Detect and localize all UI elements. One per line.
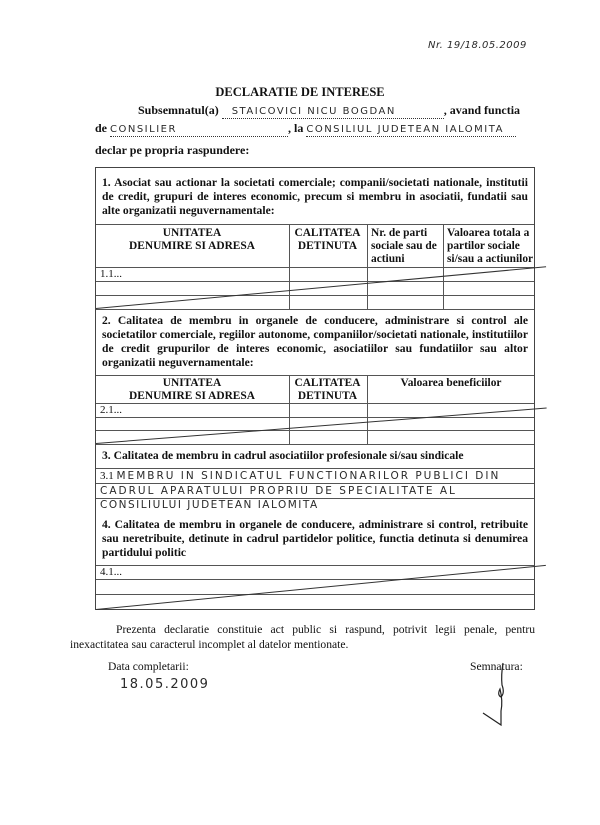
registration-number: Nr. 19/18.05.2009 [428,40,527,51]
row-2-1[interactable]: 2.1... [100,404,122,416]
section-2-heading: 2. Calitatea de membru in organele de co… [102,314,528,370]
function-field[interactable]: CONSILIER [110,121,288,137]
function-line: de CONSILIER, la CONSILIUL JUDETEAN IALO… [95,121,535,137]
document-title: DECLARATIE DE INTERESE [0,85,600,100]
subsemnatul-label: Subsemnatul(a) [138,103,219,117]
strike-through-line [96,266,546,309]
divider [96,444,534,445]
divider [96,594,534,595]
divider [96,403,534,404]
col-unitatea: UNITATEADENUMIRE SI ADRESA [96,377,288,403]
divider [96,267,534,268]
col-nr-parti: Nr. de parti sociale sau de actiuni [371,227,441,266]
divider [96,375,534,376]
la-label: , la [288,121,303,135]
divider [96,579,534,580]
section-1-heading: 1. Asociat sau actionar la societati com… [102,176,528,218]
row-3-2[interactable]: CADRUL APARATULUI PROPRIU DE SPECIALITAT… [100,485,457,497]
section-3-heading: 3. Calitatea de membru in cadrul asociat… [102,449,528,463]
col-divider [367,224,368,309]
row-1-1[interactable]: 1.1... [100,268,122,280]
col-unitatea: UNITATEADENUMIRE SI ADRESA [96,227,288,253]
col-calitatea: CALITATEADETINUTA [289,377,366,403]
divider [96,295,534,296]
declarant-line: Subsemnatul(a) STAICOVICI NICU BOGDAN, a… [95,103,535,119]
col-divider [289,224,290,309]
col-divider [367,375,368,444]
strike-through-line [96,565,546,610]
divider [96,430,534,431]
institution-field[interactable]: CONSILIUL JUDETEAN IALOMITA [306,121,516,137]
avand-functia-label: , avand functia [444,103,520,117]
de-label: de [95,121,107,135]
function-value: CONSILIER [110,124,177,135]
row-4-1[interactable]: 4.1... [100,566,122,578]
institution-value: CONSILIUL JUDETEAN IALOMITA [306,124,504,135]
divider [96,309,534,310]
legal-statement: Prezenta declaratie constituie act publi… [70,622,535,652]
section-4-heading: 4. Calitatea de membru in organele de co… [102,518,528,560]
col-valoarea-totala: Valoarea totala a partilor sociale si/sa… [447,227,535,266]
col-calitatea: CALITATEADETINUTA [289,227,366,253]
date-value[interactable]: 18.05.2009 [120,677,209,692]
row-prefix: 3.1 [100,470,114,482]
col-divider [443,224,444,309]
row-3-1-text: MEMBRU IN SINDICATUL FUNCTIONARILOR PUBL… [117,470,501,482]
col-divider [289,375,290,444]
divider [96,483,534,484]
divider [96,224,534,225]
divider [96,281,534,282]
date-label: Data completarii: [108,660,189,673]
divider [96,417,534,418]
declar-label: declar pe propria raspundere: [95,143,249,158]
strike-through-line [96,408,547,444]
row-3-1[interactable]: 3.1 MEMBRU IN SINDICATUL FUNCTIONARILOR … [100,470,500,482]
name-field[interactable]: STAICOVICI NICU BOGDAN [222,103,444,119]
row-3-3[interactable]: CONSILIULUI JUDETEAN IALOMITA [100,499,319,511]
col-valoarea-beneficiilor: Valoarea beneficiilor [367,377,535,390]
divider [96,565,534,566]
signature-mark [475,655,515,730]
declaration-form: 1. Asociat sau actionar la societati com… [95,167,535,610]
divider [96,468,534,469]
declarant-name: STAICOVICI NICU BOGDAN [232,106,396,117]
